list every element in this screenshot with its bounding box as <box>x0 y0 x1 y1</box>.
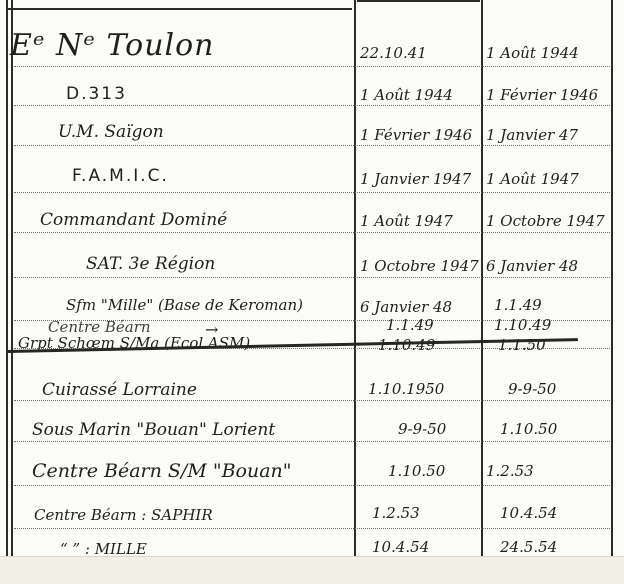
column-divider-1 <box>354 0 356 556</box>
row-to-date: 1.2.53 <box>486 462 534 480</box>
row-posting: Commandant Dominé <box>40 210 227 230</box>
top-rule <box>6 8 352 10</box>
writing-line <box>14 277 610 278</box>
row-posting: SAT. 3e Région <box>86 254 215 274</box>
row-from-date: 10.4.54 <box>372 538 429 556</box>
writing-line <box>14 66 610 67</box>
row-to-date: 24.5.54 <box>500 538 557 556</box>
row-from-date: 1.10.1950 <box>368 380 444 398</box>
writing-line <box>14 400 610 401</box>
right-border <box>611 0 613 556</box>
row-posting: Sfm "Mille" (Base de Keroman) <box>66 296 303 314</box>
writing-line <box>14 232 610 233</box>
writing-line <box>14 441 610 442</box>
row-to-date: 9-9-50 <box>508 380 556 398</box>
row-from-date: 1.10.50 <box>388 462 445 480</box>
row-to-date: 1 Octobre 1947 <box>486 212 605 230</box>
left-border-outer <box>6 0 8 556</box>
row-posting: F.A.M.I.C. <box>72 166 169 186</box>
row-from-date: 1 Janvier 1947 <box>360 170 471 188</box>
row-posting: Cuirassé Lorraine <box>42 380 197 400</box>
writing-line <box>14 145 610 146</box>
row-posting: “ ” : MILLE <box>60 540 147 556</box>
heading-from-date: 22.10.41 <box>360 44 427 62</box>
row-from-date: 1 Février 1946 <box>360 126 472 144</box>
writing-line <box>14 192 610 193</box>
row-from-date: 9-9-50 <box>398 420 446 438</box>
row-to-date: 6 Janvier 48 <box>486 257 578 275</box>
row-to-date: 1.10.49 <box>494 316 551 334</box>
row-from-date: 1 Août 1944 <box>360 86 453 104</box>
ledger-page: Eᵉ Nᵉ Toulon 22.10.41 1 Août 1944 D.313 … <box>0 0 624 556</box>
row-to-date: 1 Août 1947 <box>486 170 579 188</box>
writing-line <box>14 485 610 486</box>
row-from-date: 1 Août 1947 <box>360 212 453 230</box>
scan-margin <box>0 556 624 584</box>
row-from-date: 6 Janvier 48 <box>360 298 452 316</box>
row-posting: Centre Béarn S/M "Bouan" <box>32 460 292 482</box>
writing-line <box>14 105 610 106</box>
row-to-date: 10.4.54 <box>500 504 557 522</box>
heading-unit: Eᵉ Nᵉ Toulon <box>10 28 215 63</box>
row-from-date: 1.1.49 <box>386 316 434 334</box>
row-posting: Sous Marin "Bouan" Lorient <box>32 420 275 440</box>
row-to-date: 1 Février 1946 <box>486 86 598 104</box>
row-to-date: 1.1.49 <box>494 296 542 314</box>
row-to-date: 1.10.50 <box>500 420 557 438</box>
row-from-date: 1 Octobre 1947 <box>360 257 479 275</box>
row-to-date: 1 Janvier 47 <box>486 126 578 144</box>
top-rule-col2 <box>357 0 480 2</box>
column-divider-2 <box>481 0 483 556</box>
row-posting: Centre Béarn : SAPHIR <box>34 506 213 524</box>
row-posting: D.313 <box>66 84 127 104</box>
writing-line <box>14 528 610 529</box>
row-posting: U.M. Saïgon <box>58 122 164 142</box>
row-from-date: 1.2.53 <box>372 504 420 522</box>
heading-to-date: 1 Août 1944 <box>486 44 579 62</box>
left-border-inner <box>11 0 13 556</box>
